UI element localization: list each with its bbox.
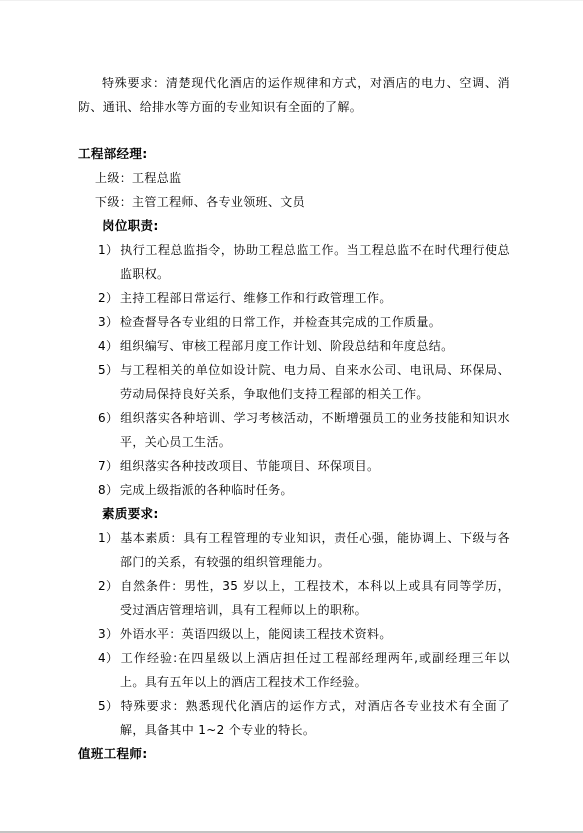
quality-heading: 素质要求: — [102, 502, 510, 526]
duty-item-number: 3） — [98, 310, 120, 334]
section-heading-engineering-manager: 工程部经理: — [78, 142, 510, 166]
duty-item: 5）与工程相关的单位如设计院、电力局、自来水公司、电讯局、环保局、劳动局保持良好… — [78, 358, 510, 406]
quality-item-number: 4） — [98, 646, 120, 670]
duty-item: 8）完成上级指派的各种临时任务。 — [78, 478, 510, 502]
quality-item-number: 5） — [98, 694, 120, 718]
section-heading-duty-engineer: 值班工程师: — [78, 742, 510, 766]
document-page: 特殊要求：清楚现代化酒店的运作规律和方式，对酒店的电力、空调、消防、通讯、给排水… — [0, 0, 583, 833]
duty-item-text: 组织落实各种技改项目、节能项目、环保项目。 — [120, 459, 379, 473]
quality-item-text: 基本素质：具有工程管理的专业知识，责任心强，能协调上、下级与各部门的关系，有较强… — [120, 531, 510, 569]
duty-item-number: 7） — [98, 454, 120, 478]
quality-item: 4）工作经验:在四星级以上酒店担任过工程部经理两年,或副经理三年以上。具有五年以… — [78, 646, 510, 694]
document-content: 特殊要求：清楚现代化酒店的运作规律和方式，对酒店的电力、空调、消防、通讯、给排水… — [78, 71, 510, 766]
quality-item-text: 特殊要求：熟悉现代化酒店的运作方式，对酒店各专业技术有全面了解，具备其中 1~2… — [120, 699, 510, 737]
quality-item-number: 3） — [98, 622, 120, 646]
quality-item-text: 外语水平：英语四级以上，能阅读工程技术资料。 — [120, 627, 392, 641]
quality-item: 3）外语水平：英语四级以上，能阅读工程技术资料。 — [78, 622, 510, 646]
duty-item-text: 执行工程总监指令，协助工程总监工作。当工程总监不在时代理行使总监职权。 — [120, 243, 510, 281]
duty-item-number: 5） — [98, 358, 120, 382]
duty-item-text: 检查督导各专业组的日常工作，并检查其完成的工作质量。 — [120, 315, 441, 329]
duty-item: 2）主持工程部日常运行、维修工作和行政管理工作。 — [78, 286, 510, 310]
duty-item-text: 完成上级指派的各种临时任务。 — [120, 483, 293, 497]
duties-heading: 岗位职责: — [102, 214, 510, 238]
duty-item-number: 6） — [98, 406, 120, 430]
quality-item-text: 自然条件：男性，35 岁以上，工程技术，本科以上或具有同等学历，受过酒店管理培训… — [120, 579, 510, 617]
quality-item: 1）基本素质：具有工程管理的专业知识，责任心强，能协调上、下级与各部门的关系，有… — [78, 526, 510, 574]
duty-item-number: 1） — [98, 238, 120, 262]
duty-item-number: 2） — [98, 286, 120, 310]
duty-item-number: 4） — [98, 334, 120, 358]
duty-item-text: 主持工程部日常运行、维修工作和行政管理工作。 — [120, 291, 392, 305]
duty-item: 6）组织落实各种培训、学习考核活动，不断增强员工的业务技能和知识水平，关心员工生… — [78, 406, 510, 454]
duty-item: 7）组织落实各种技改项目、节能项目、环保项目。 — [78, 454, 510, 478]
duty-item: 4）组织编写、审核工程部月度工作计划、阶段总结和年度总结。 — [78, 334, 510, 358]
quality-item-number: 2） — [98, 574, 120, 598]
subordinate-line: 下级：主管工程师、各专业领班、文员 — [95, 190, 510, 214]
duty-item: 3）检查督导各专业组的日常工作，并检查其完成的工作质量。 — [78, 310, 510, 334]
duty-item: 1）执行工程总监指令，协助工程总监工作。当工程总监不在时代理行使总监职权。 — [78, 238, 510, 286]
duty-item-text: 组织编写、审核工程部月度工作计划、阶段总结和年度总结。 — [120, 339, 453, 353]
quality-item-text: 工作经验:在四星级以上酒店担任过工程部经理两年,或副经理三年以上。具有五年以上的… — [120, 651, 510, 689]
duty-item-number: 8） — [98, 478, 120, 502]
quality-item: 5）特殊要求：熟悉现代化酒店的运作方式，对酒店各专业技术有全面了解，具备其中 1… — [78, 694, 510, 742]
duty-item-text: 与工程相关的单位如设计院、电力局、自来水公司、电讯局、环保局、劳动局保持良好关系… — [120, 363, 510, 401]
quality-item-number: 1） — [98, 526, 120, 550]
duty-item-text: 组织落实各种培训、学习考核活动，不断增强员工的业务技能和知识水平，关心员工生活。 — [120, 411, 510, 449]
quality-item: 2）自然条件：男性，35 岁以上，工程技术，本科以上或具有同等学历，受过酒店管理… — [78, 574, 510, 622]
superior-line: 上级：工程总监 — [95, 166, 510, 190]
intro-paragraph: 特殊要求：清楚现代化酒店的运作规律和方式，对酒店的电力、空调、消防、通讯、给排水… — [78, 71, 510, 119]
